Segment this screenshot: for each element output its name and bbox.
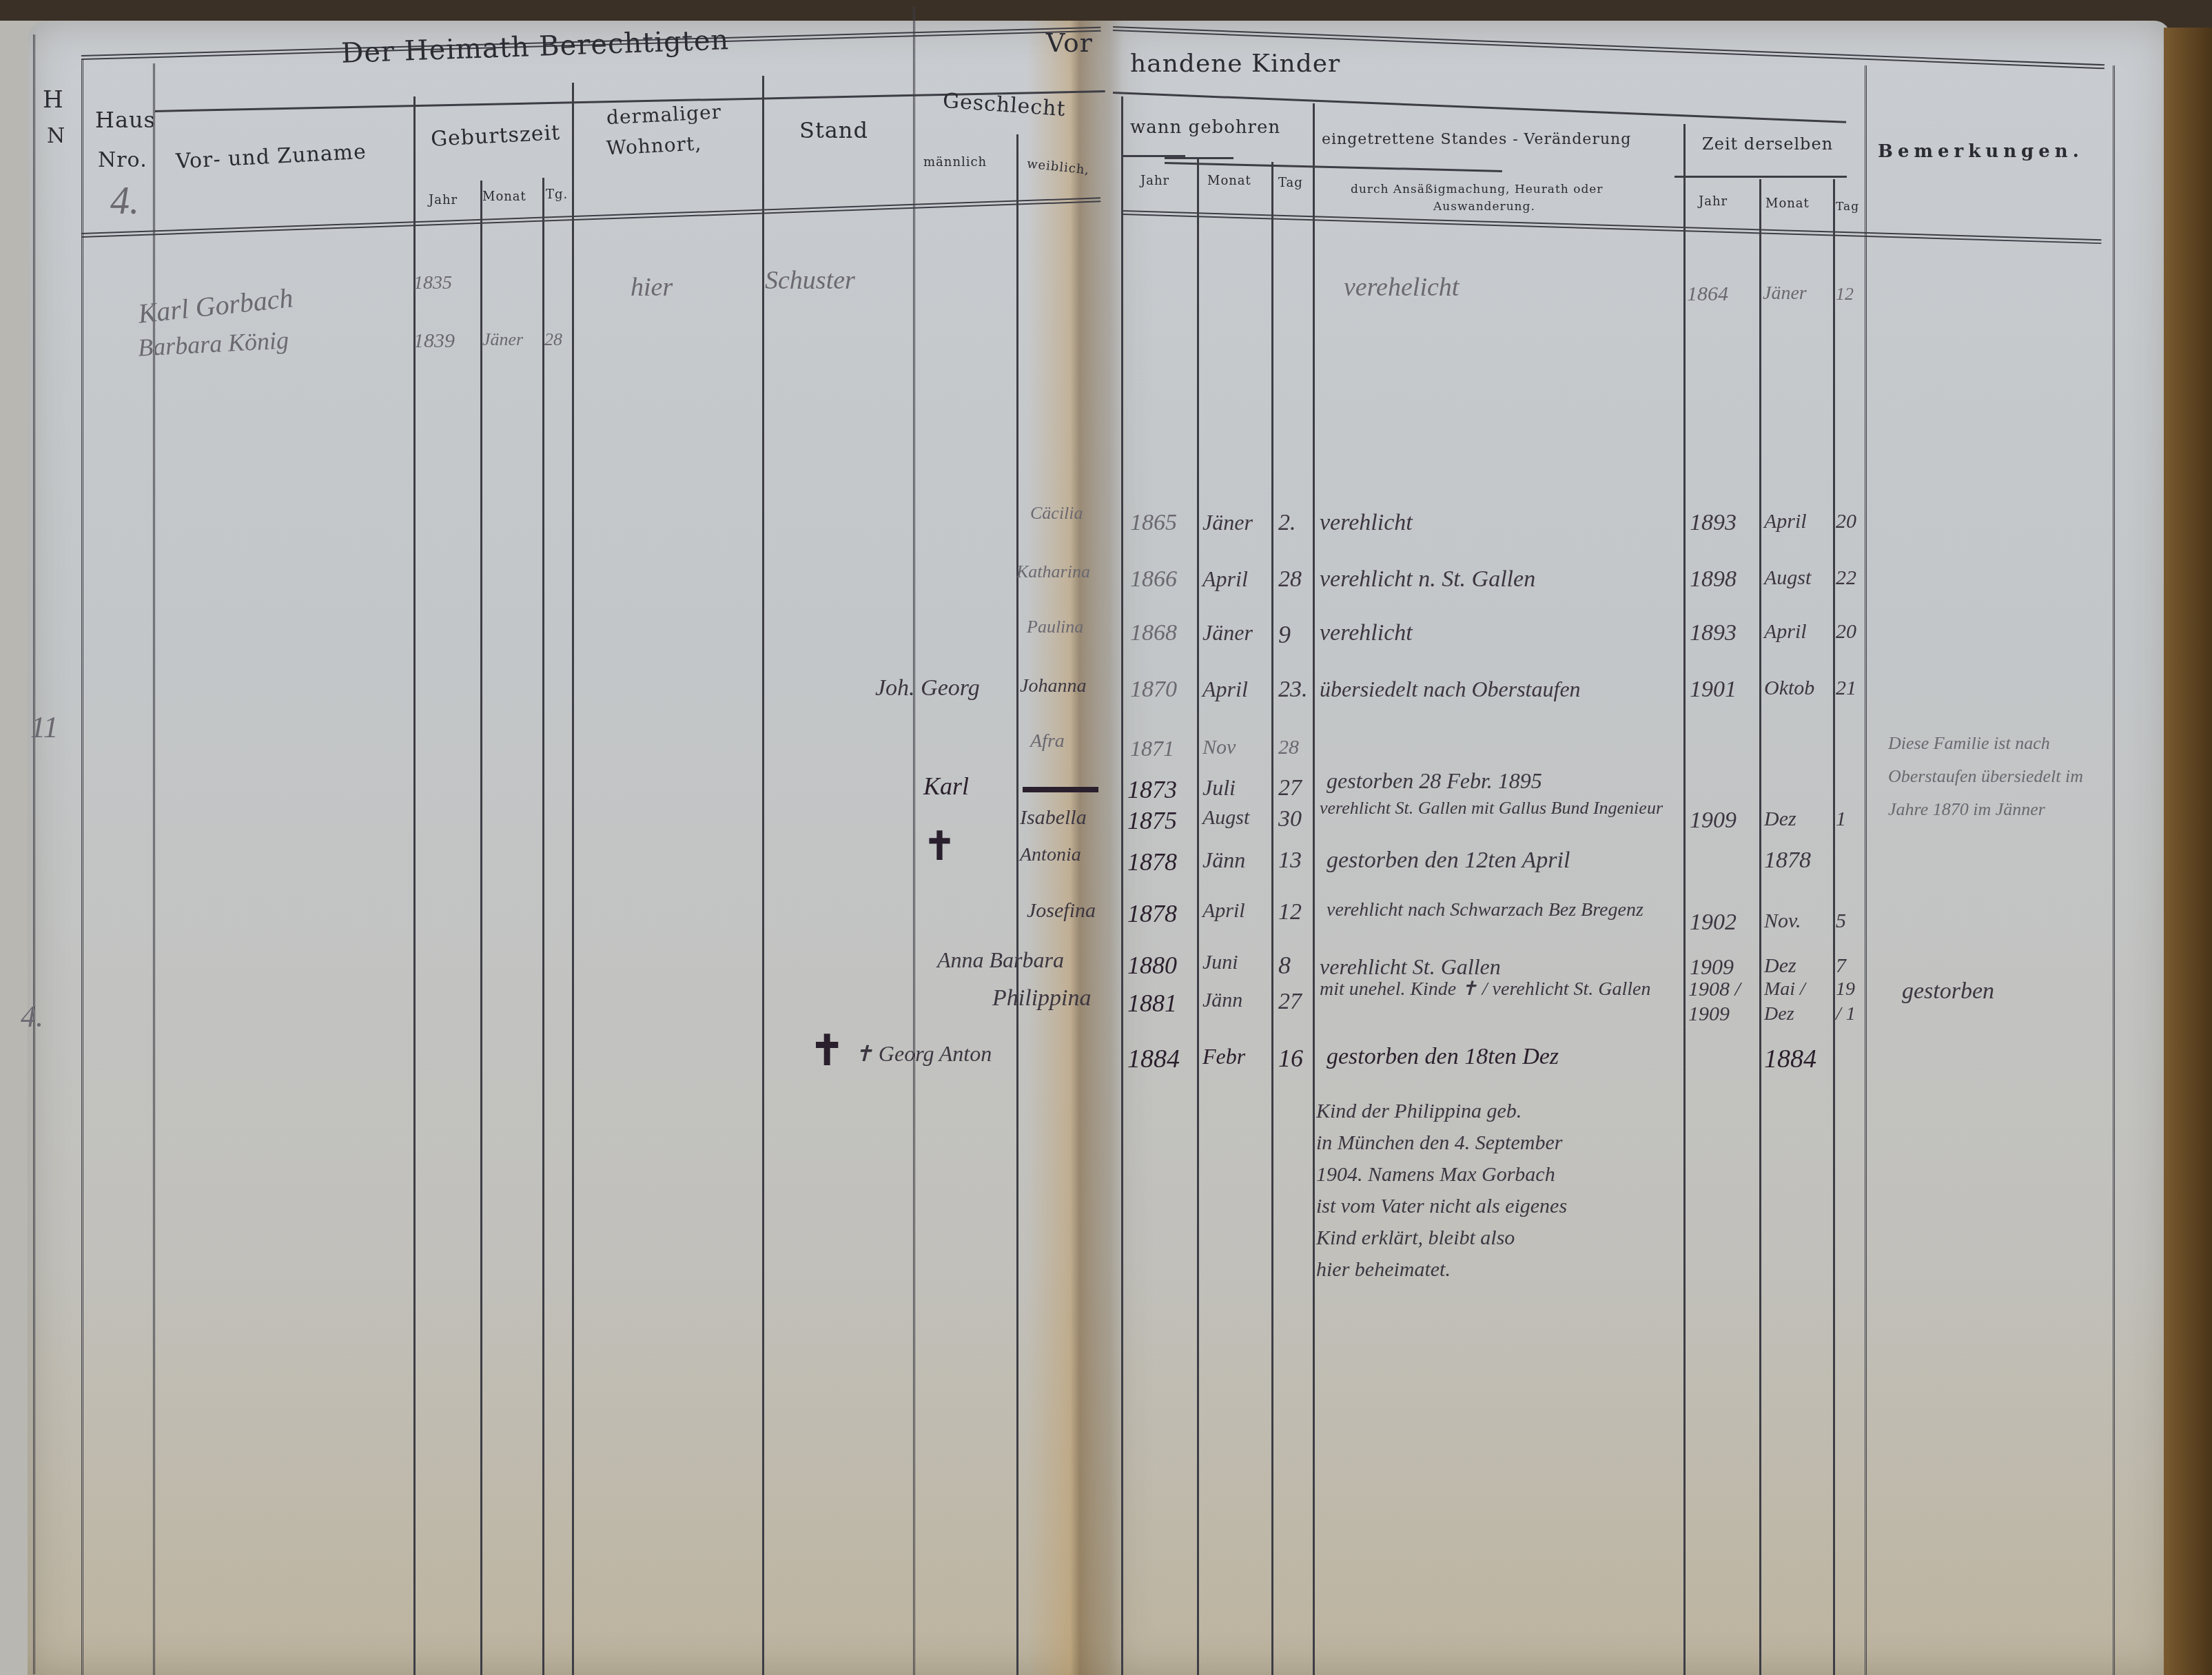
child-birth-year: 1878 [1127, 899, 1177, 928]
child-birth-year: 1881 [1127, 989, 1177, 1018]
annotation-line: hier beheimatet. [1316, 1254, 1675, 1286]
header-jahr: Jahr [429, 193, 458, 207]
child-birth-month: Febr [1202, 1044, 1245, 1069]
child-change: gestorben 28 Febr. 1895 [1327, 768, 1542, 794]
header-monat: Monat [1207, 174, 1251, 188]
child-birth-month: Juli [1202, 775, 1236, 801]
header-zeit-monat: Monat [1765, 196, 1810, 211]
child-change: verehlicht n. St. Gallen [1320, 566, 1535, 593]
column-rule [2113, 65, 2118, 1675]
parent-wohnort: hier [631, 272, 673, 302]
child-female-name: Cäcilia [1030, 503, 1083, 524]
child-change-year: 1909 [1690, 808, 1737, 834]
child-birth-day: 27 [1278, 775, 1302, 801]
child-birth-day: 28 [1278, 566, 1302, 593]
child-change-year: 1902 [1690, 910, 1737, 936]
child-change-month: Oktob [1764, 677, 1814, 700]
child-change-month: Nov. [1764, 910, 1801, 933]
child-change-month: Mai / Dez [1764, 977, 1833, 1027]
child-change-month: Dez [1764, 808, 1796, 831]
child-birth-day: 16 [1278, 1044, 1303, 1073]
child-male-name: Karl [923, 772, 969, 801]
child-birth-year: 1875 [1127, 806, 1177, 835]
column-rule [1759, 179, 1761, 1675]
header-haus: Haus [95, 107, 156, 133]
child-change-day: 22 [1836, 566, 1856, 590]
child-change: übersiedelt nach Oberstaufen [1320, 677, 1581, 702]
header-stand: Stand [799, 117, 868, 143]
child-birth-day: 8 [1278, 951, 1291, 980]
parent-birth-month: Jäner [482, 329, 523, 350]
header-sub-rule [1675, 176, 1847, 178]
child-female-name: Philippina [992, 985, 1092, 1011]
parent-change-month: Jäner [1763, 282, 1807, 305]
right-page [1109, 21, 2171, 1675]
child-change-year: 1893 [1690, 510, 1737, 536]
margin-letter-n: N [47, 124, 65, 148]
column-rule [1865, 65, 1870, 1675]
child-change-day: 20 [1836, 510, 1856, 533]
child-birth-month: Jäner [1202, 620, 1253, 646]
child-change-day: 21 [1836, 677, 1856, 700]
child-change-year: 1909 [1690, 954, 1734, 980]
child-birth-year: 1866 [1130, 566, 1177, 593]
header-veraenderung: eingetrettene Standes - Veränderung [1322, 131, 1631, 148]
child-change-month: 1884 [1764, 1044, 1816, 1074]
child-change: verehlicht [1320, 620, 1413, 646]
column-rule [1016, 134, 1018, 1675]
header-monat: Monat [482, 189, 526, 204]
parent-birth-day: 28 [544, 329, 562, 350]
child-birth-day: 12 [1278, 899, 1302, 925]
column-rule [1313, 103, 1315, 1675]
child-birth-month: April [1202, 677, 1248, 702]
header-sub-rule [1165, 157, 1233, 159]
child-birth-day: 28 [1278, 736, 1299, 759]
column-rule [1197, 158, 1199, 1675]
header-bemerkungen: Bemerkungen. [1878, 141, 2084, 162]
child-female-name: Josefina [1027, 899, 1096, 923]
child-change-day: 20 [1836, 620, 1856, 644]
child-female-name: Antonia [1020, 844, 1081, 866]
parent-change-year: 1864 [1687, 282, 1728, 306]
column-rule [1121, 96, 1123, 1675]
child-birth-year: 1884 [1127, 1044, 1180, 1074]
header-nro: Nro. [98, 148, 147, 172]
child-female-name: Katharina [1016, 562, 1090, 582]
child-female-name: Anna Barbara [937, 947, 1064, 973]
column-rule [1683, 124, 1686, 1675]
column-rule [1833, 179, 1835, 1675]
child-birth-day: 13 [1278, 847, 1302, 874]
child-change-day: 7 [1836, 954, 1846, 978]
child-change-month: 1878 [1764, 847, 1811, 874]
column-rule [81, 59, 86, 1675]
child-change-month: Dez [1764, 954, 1796, 978]
child-birth-month: Augst [1202, 806, 1249, 830]
annotation-line: Kind der Philippina geb. [1316, 1096, 1675, 1127]
annotation-line: 1904. Namens Max Gorbach [1316, 1159, 1675, 1191]
spread-title-part2: handene Kinder [1130, 50, 1340, 78]
margin-house-number: 11 [30, 710, 59, 745]
child-change-year: 1893 [1690, 620, 1737, 646]
margin-house-number: 4. [21, 999, 43, 1034]
child-birth-year: 1871 [1130, 736, 1174, 761]
child-birth-month: Nov [1202, 736, 1236, 759]
child-birth-month: Juni [1202, 951, 1238, 974]
column-rule [913, 7, 918, 1675]
column-rule [762, 76, 764, 1675]
margin-rule [33, 34, 38, 1674]
register-book: H N 11 4. Der Heimath Berechtigten Vor H… [0, 0, 2212, 1675]
child-change-year: 1898 [1690, 566, 1737, 593]
header-zeit-jahr: Jahr [1699, 194, 1728, 209]
child-birth-year: 1865 [1130, 510, 1177, 536]
annotation-line: ist vom Vater nicht als eigenes [1316, 1191, 1675, 1222]
parent-birth-year: 1839 [413, 329, 455, 353]
child-change: verehlicht nach Schwarzach Bez Bregenz [1327, 896, 1664, 925]
child-change-year: 1901 [1690, 677, 1737, 703]
margin-letter-h: H [43, 86, 64, 114]
spread-title-part1: Vor [1046, 28, 1093, 58]
parent-stand: Schuster [765, 265, 855, 296]
house-number: 4. [110, 179, 139, 223]
death-cross-icon: ✝ [923, 823, 956, 869]
child-male-name: ✝ Georg Anton [854, 1040, 992, 1067]
child-birth-day: 27 [1278, 989, 1302, 1015]
child-birth-year: 1870 [1130, 677, 1177, 703]
child-change-day: 19 / 1 [1836, 977, 1863, 1027]
struck-name [1023, 787, 1098, 792]
child-male-name: Joh. Georg [875, 675, 980, 701]
header-zeit: Zeit derselben [1702, 134, 1833, 154]
header-tag: Tg. [546, 187, 568, 202]
column-rule [572, 83, 574, 1675]
child-birth-day: 23. [1278, 677, 1308, 703]
child-birth-month: Jänn [1202, 989, 1242, 1012]
book-edge [2164, 28, 2212, 1675]
death-cross-icon: ✝ [810, 1027, 844, 1075]
child-change-day: 1 [1836, 808, 1846, 831]
child-change: mit unehel. Kinde ✝ / verehlicht St. Gal… [1320, 977, 1664, 1002]
child-change-day: 5 [1836, 910, 1846, 933]
column-rule [480, 181, 482, 1675]
column-rule [542, 178, 544, 1675]
child-birth-month: April [1202, 566, 1248, 592]
header-zeit-tag: Tag [1836, 200, 1859, 214]
header-veraenderung-sub-2: Auswanderung. [1433, 200, 1535, 214]
child-birth-year: 1868 [1130, 620, 1177, 646]
child-birth-year: 1878 [1127, 847, 1177, 876]
child-change: verehlicht [1320, 510, 1413, 536]
remark-deceased: gestorben [1902, 978, 1994, 1005]
child-birth-month: Jäner [1202, 510, 1253, 535]
child-change-year: 1908 / 1909 [1688, 977, 1757, 1027]
child-birth-month: April [1202, 899, 1245, 923]
child-birth-day: 9 [1278, 620, 1291, 649]
child-change: gestorben den 12ten April [1327, 847, 1570, 874]
child-change: gestorben den 18ten Dez [1327, 1044, 1559, 1070]
child-birth-day: 30 [1278, 806, 1302, 832]
header-tag: Tag [1278, 176, 1303, 190]
child-female-name: Afra [1030, 730, 1065, 752]
child-birth-year: 1873 [1127, 775, 1177, 804]
parent-change-day: 12 [1836, 284, 1854, 305]
parent-change: verehelicht [1344, 272, 1459, 302]
child-birth-day: 2. [1278, 510, 1296, 536]
column-rule [1271, 162, 1273, 1675]
child-female-name: Paulina [1027, 617, 1083, 637]
child-change: verehlicht St. Gallen mit Gallus Bund In… [1320, 798, 1678, 819]
child-change-month: April [1764, 620, 1807, 644]
child-female-name: Johanna [1020, 675, 1086, 697]
remark-family-moved: Diese Familie ist nach Oberstaufen übers… [1888, 727, 2109, 826]
header-maennlich: männlich [923, 155, 987, 169]
child-change: verehlicht St. Gallen [1320, 954, 1501, 980]
annotation-block: Kind der Philippina geb. in München den … [1316, 1096, 1675, 1286]
header-jahr: Jahr [1140, 174, 1169, 188]
child-change-month: April [1764, 510, 1807, 533]
child-female-name: Isabella [1020, 806, 1087, 830]
annotation-line: Kind erklärt, bleibt also [1316, 1222, 1675, 1254]
parent-birth-year: 1835 [413, 272, 452, 294]
header-wann-geboren: wann gebohren [1130, 117, 1280, 138]
child-change-month: Augst [1764, 566, 1811, 590]
child-birth-year: 1880 [1127, 951, 1177, 980]
header-veraenderung-sub-1: durch Ansäßigmachung, Heurath oder [1351, 183, 1604, 196]
child-birth-month: Jänn [1202, 847, 1245, 873]
annotation-line: in München den 4. September [1316, 1127, 1675, 1159]
